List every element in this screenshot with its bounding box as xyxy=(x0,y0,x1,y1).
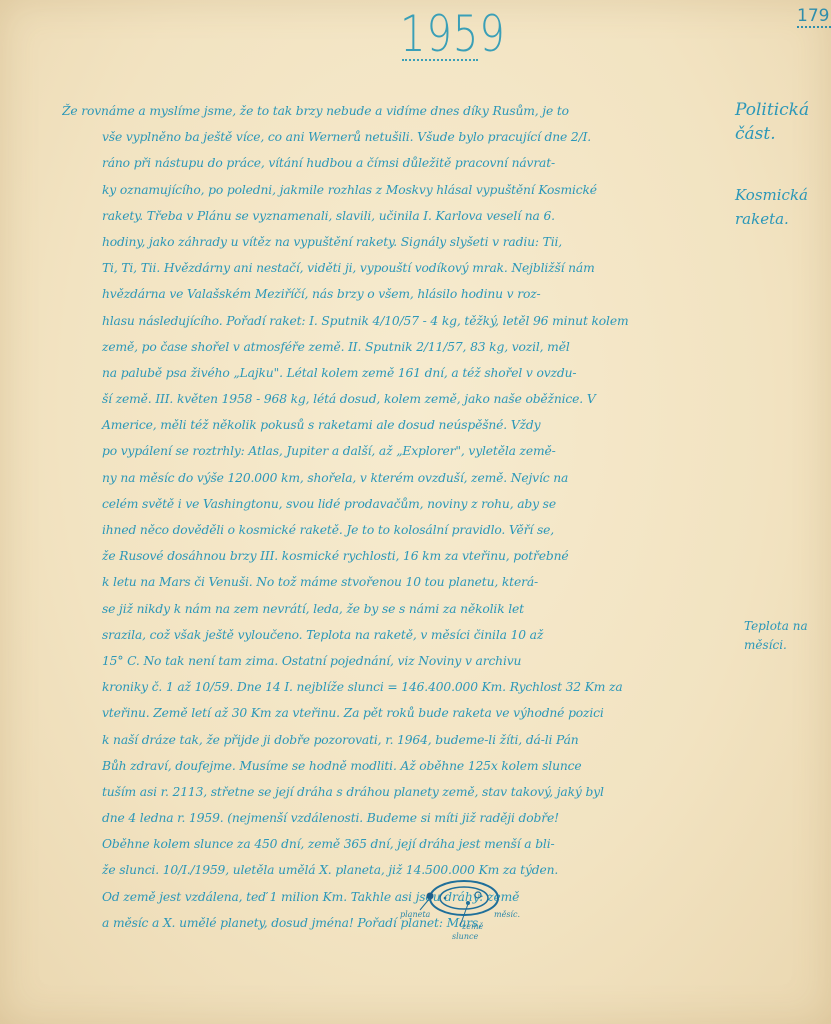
diagram-label-zeme: země xyxy=(462,922,483,931)
text-line: hodiny, jako záhrady u vítěz na vypuštěn… xyxy=(62,229,727,255)
margin-note-kosmicka: Kosmická raketa. xyxy=(735,183,808,231)
text-line: se již nikdy k nám na zem nevrátí, leda,… xyxy=(62,596,727,622)
diagram-label-mesic: měsíc. xyxy=(494,910,520,919)
text-line: země, po čase shořel v atmosféře země. I… xyxy=(62,334,727,360)
margin-note-politicka: Politická část. xyxy=(735,98,809,146)
text-line: a měsíc a X. umělé planety, dosud jména!… xyxy=(62,910,727,936)
text-line: ny na měsíc do výše 120.000 km, shořela,… xyxy=(62,465,727,491)
text-line: vše vyplněno ba ještě více, co ani Werne… xyxy=(62,124,727,150)
text-line: celém světě i ve Vashingtonu, svou lidé … xyxy=(62,491,727,517)
margin-note-line: část. xyxy=(735,122,809,146)
text-line: po vypálení se roztrhly: Atlas, Jupiter … xyxy=(62,438,727,464)
text-line: na palubě psa živého „Lajku". Létal kole… xyxy=(62,360,727,386)
text-line: Americe, měli též několik pokusů s raket… xyxy=(62,412,727,438)
text-line: hlasu následujícího. Pořadí raket: I. Sp… xyxy=(62,308,727,334)
title-underline xyxy=(402,59,478,61)
text-line: že Rusové dosáhnou brzy III. kosmické ry… xyxy=(62,543,727,569)
margin-note-line: raketa. xyxy=(735,207,808,231)
text-line: Ti, Ti, Tii. Hvězdárny ani nestačí, vidě… xyxy=(62,255,727,281)
handwritten-body: Že rovnáme a myslíme jsme, že to tak brz… xyxy=(62,98,727,936)
text-line: rakety. Třeba v Plánu se vyznamenali, sl… xyxy=(62,203,727,229)
text-line: Oběhne kolem slunce za 450 dní, země 365… xyxy=(62,831,727,857)
diagram-label-slunce: slunce xyxy=(452,932,478,941)
text-line: k letu na Mars či Venuši. No tož máme st… xyxy=(62,569,727,595)
margin-note-line: měsíci. xyxy=(744,636,808,655)
margin-note-line: Kosmická xyxy=(735,183,808,207)
text-line: 15° C. No tak není tam zima. Ostatní poj… xyxy=(62,648,727,674)
margin-note-line: Teplota na xyxy=(744,617,808,636)
margin-note-line: Politická xyxy=(735,98,809,122)
text-line: dne 4 ledna r. 1959. (nejmenší vzdálenos… xyxy=(62,805,727,831)
text-line: ihned něco dověděli o kosmické raketě. J… xyxy=(62,517,727,543)
page-number: 179. xyxy=(797,6,831,28)
text-line: vteřinu. Země letí až 30 Km za vteřinu. … xyxy=(62,700,727,726)
text-line: hvězdárna ve Valašském Meziříčí, nás brz… xyxy=(62,281,727,307)
text-line: Bůh zdraví, doufejme. Musíme se hodně mo… xyxy=(62,753,727,779)
text-line: Od země jest vzdálena, teď 1 milion Km. … xyxy=(62,884,727,910)
text-line: Že rovnáme a myslíme jsme, že to tak brz… xyxy=(62,98,727,124)
text-line: kroniky č. 1 až 10/59. Dne 14 I. nejblíž… xyxy=(62,674,727,700)
text-line: tuším asi r. 2113, střetne se její dráha… xyxy=(62,779,727,805)
text-line: srazila, což však ještě vyloučeno. Teplo… xyxy=(62,622,727,648)
chronicle-page: 1959 179. Že rovnáme a myslíme jsme, že … xyxy=(0,0,831,1024)
page-title-year: 1959 xyxy=(400,6,506,64)
margin-note-teplota: Teplota na měsíci. xyxy=(744,617,808,655)
text-line: že slunci. 10/I./1959, uletěla umělá X. … xyxy=(62,857,727,883)
text-line: ky oznamujícího, po poledni, jakmile roz… xyxy=(62,177,727,203)
diagram-label-planeta: planeta xyxy=(400,910,430,919)
text-line: ší země. III. květen 1958 - 968 kg, létá… xyxy=(62,386,727,412)
text-line: ráno při nástupu do práce, vítání hudbou… xyxy=(62,150,727,176)
text-line: k naší dráze tak, že přijde ji dobře poz… xyxy=(62,727,727,753)
